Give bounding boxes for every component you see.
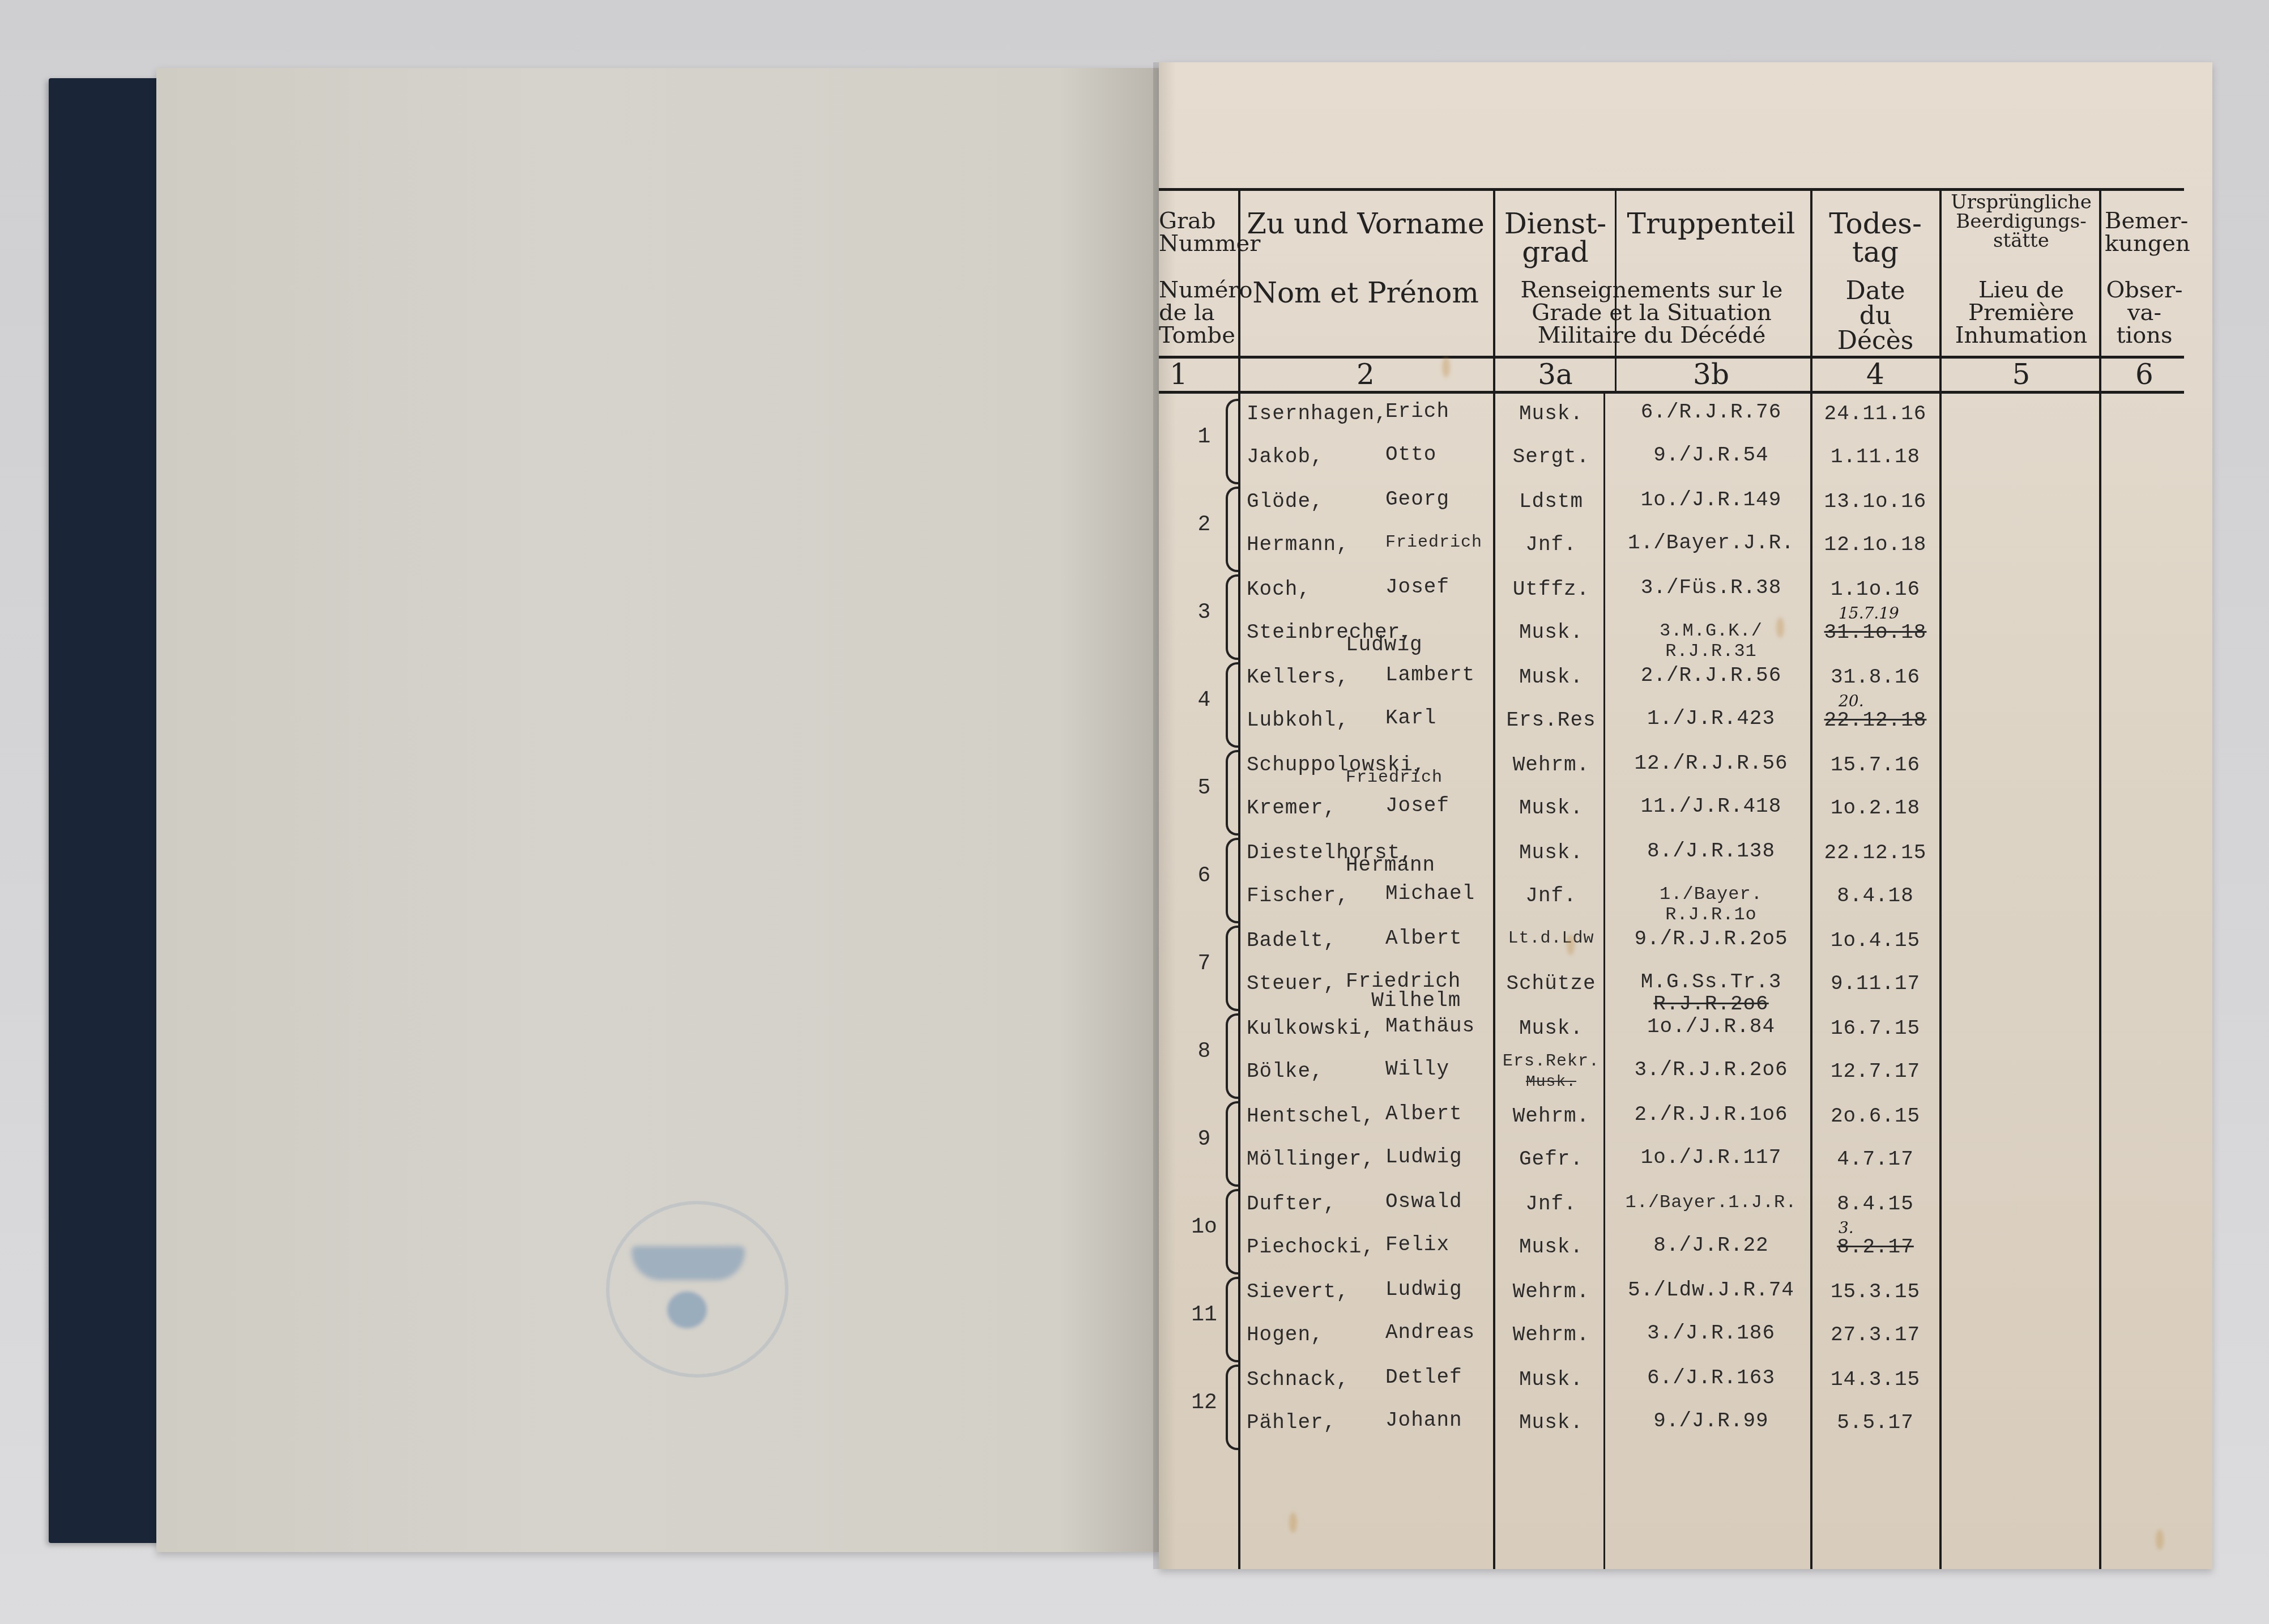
rank-cell: Musk. xyxy=(1499,841,1603,864)
unit-cell: 2./R.J.R.56 xyxy=(1612,666,1810,686)
grave-number: 12 xyxy=(1187,1391,1221,1415)
surname-cell: Kremer, xyxy=(1247,796,1336,820)
grave-brace xyxy=(1226,1277,1238,1362)
rank-cell: Musk. xyxy=(1499,621,1603,644)
unit-cell: 11./J.R.418 xyxy=(1612,796,1810,817)
surname-cell: Schnack, xyxy=(1247,1368,1349,1391)
death-date-cell: 15.7.16 xyxy=(1813,753,1938,777)
surname-cell: Lubkohl, xyxy=(1247,709,1349,732)
unit-cell: 1./Bayer.J.R. xyxy=(1612,533,1810,553)
death-date-cell: 8.4.18 xyxy=(1813,884,1938,907)
grave-brace xyxy=(1226,1189,1238,1275)
grave-number: 3 xyxy=(1187,600,1221,625)
death-date-cell: 22.12.15 xyxy=(1813,841,1938,864)
unit-cell: 6./R.J.R.76 xyxy=(1612,402,1810,423)
surname-cell: Möllinger, xyxy=(1247,1148,1375,1171)
grave-number: 1o xyxy=(1187,1215,1221,1239)
hdr-col5-de: Ursprüngliche Beerdigungs- stätte xyxy=(1943,193,2099,250)
firstname-cell: Ludwig xyxy=(1346,636,1423,655)
firstname-cell: Albert xyxy=(1385,929,1462,948)
unit-cell: 1./Bayer. R.J.R.1o xyxy=(1612,884,1810,925)
rank-cell: Lt.d.Ldw xyxy=(1499,929,1603,948)
rank-cell: Sergt. xyxy=(1499,445,1603,468)
unit-cell: 8./J.R.22 xyxy=(1612,1235,1810,1256)
firstname-cell: Karl xyxy=(1385,709,1436,728)
surname-cell: Sievert, xyxy=(1247,1280,1349,1303)
hdr-col3-fr: Renseignements sur le Grade et la Situat… xyxy=(1499,279,1805,347)
unit-cell: 9./J.R.54 xyxy=(1612,445,1810,466)
surname-cell: Bölke, xyxy=(1247,1060,1324,1083)
death-date-cell: 13.1o.16 xyxy=(1813,490,1938,513)
hdr-col6-fr: Obser- va- tions xyxy=(2105,279,2184,347)
grave-number: 8 xyxy=(1187,1039,1221,1064)
surname-cell: Glöde, xyxy=(1247,490,1324,513)
unit-cell: 3./J.R.186 xyxy=(1612,1323,1810,1344)
death-date-cell: 4.7.17 xyxy=(1813,1148,1938,1171)
rank-cell: Musk. xyxy=(1499,666,1603,689)
death-date-cell: 15.3.15 xyxy=(1813,1280,1938,1303)
firstname-cell: Friedrich Wilhelm xyxy=(1346,972,1461,1011)
unit-cell: 1o./J.R.84 xyxy=(1612,1017,1810,1037)
unit-struck-cell: R.J.R.2o6 xyxy=(1612,992,1810,1016)
grave-number: 1 xyxy=(1187,425,1221,449)
rank-cell: Musk. xyxy=(1499,1411,1603,1434)
death-date-cell: 12.7.17 xyxy=(1813,1060,1938,1083)
rank-cell: Musk. xyxy=(1499,1235,1603,1259)
surname-cell: Kulkowski, xyxy=(1247,1017,1375,1040)
unit-cell: 9./R.J.R.2o5 xyxy=(1612,929,1810,949)
death-date-cell: 1o.2.18 xyxy=(1813,796,1938,820)
unit-cell: 6./J.R.163 xyxy=(1612,1368,1810,1388)
surname-cell: Kellers, xyxy=(1247,666,1349,689)
rank-cell: Gefr. xyxy=(1499,1148,1603,1171)
unit-cell: 1./J.R.423 xyxy=(1612,709,1810,729)
colnum-4: 4 xyxy=(1816,358,1935,391)
death-date-cell: 9.11.17 xyxy=(1813,972,1938,995)
vrule-4 xyxy=(1939,188,1942,1569)
grave-number: 9 xyxy=(1187,1127,1221,1152)
rank-cell: Jnf. xyxy=(1499,884,1603,907)
rank-struck-cell: Musk. xyxy=(1499,1073,1603,1091)
grave-brace xyxy=(1226,926,1238,1011)
date-correction-handwritten: 3. xyxy=(1839,1218,1854,1237)
vrule-2 xyxy=(1493,188,1495,1569)
death-date-cell: 22.12.18 xyxy=(1813,709,1938,732)
death-date-cell: 16.7.15 xyxy=(1813,1017,1938,1040)
surname-cell: Hentschel, xyxy=(1247,1105,1375,1128)
rank-cell: Wehrm. xyxy=(1499,1323,1603,1346)
unit-cell: 12./R.J.R.56 xyxy=(1612,753,1810,774)
firstname-cell: Erich xyxy=(1385,402,1449,421)
death-date-cell: 1.11.18 xyxy=(1813,445,1938,468)
grave-brace xyxy=(1226,1365,1238,1450)
foxing-stain xyxy=(1776,617,1784,638)
grave-number: 4 xyxy=(1187,688,1221,713)
grave-number: 7 xyxy=(1187,952,1221,976)
firstname-cell: Hermann xyxy=(1346,856,1435,875)
grave-brace xyxy=(1226,487,1238,572)
firstname-cell: Willy xyxy=(1385,1060,1449,1079)
grave-number: 5 xyxy=(1187,776,1221,800)
hdr-col4-fr: Date du Décès xyxy=(1816,279,1935,353)
unit-cell: 3./R.J.R.2o6 xyxy=(1612,1060,1810,1080)
hdr-col4-de: Todes- tag xyxy=(1816,210,1935,266)
foxing-stain xyxy=(1442,357,1450,377)
rank-cell: Schütze xyxy=(1499,972,1603,995)
firstname-cell: Lambert xyxy=(1385,666,1475,685)
firstname-cell: Felix xyxy=(1385,1235,1449,1255)
unit-cell: M.G.Ss.Tr.3 xyxy=(1612,972,1810,992)
surname-cell: Koch, xyxy=(1247,578,1311,601)
vrule-5 xyxy=(2099,188,2101,1569)
colnum-5: 5 xyxy=(1943,358,2099,391)
rank-cell: Wehrm. xyxy=(1499,1280,1603,1303)
death-date-cell: 31.8.16 xyxy=(1813,666,1938,689)
death-date-cell: 1.1o.16 xyxy=(1813,578,1938,601)
stamp-wreath-icon xyxy=(667,1291,707,1328)
foxing-stain xyxy=(1289,1512,1297,1533)
rank-cell: Wehrm. xyxy=(1499,1105,1603,1128)
firstname-cell: Mathäus xyxy=(1385,1017,1475,1036)
rank-cell: Jnf. xyxy=(1499,533,1603,556)
surname-cell: Dufter, xyxy=(1247,1192,1336,1216)
death-date-cell: 8.2.17 xyxy=(1813,1235,1938,1259)
grave-brace xyxy=(1226,1013,1238,1099)
rank-cell: Wehrm. xyxy=(1499,753,1603,777)
hdr-col3b-de: Truppenteil xyxy=(1618,210,1805,238)
hdr-col2-de: Zu und Vorname xyxy=(1244,210,1487,238)
grave-brace xyxy=(1226,1101,1238,1187)
rank-cell: Ers.Rekr. xyxy=(1499,1052,1603,1071)
firstname-cell: Andreas xyxy=(1385,1323,1475,1342)
surname-cell: Pähler, xyxy=(1247,1411,1336,1434)
firstname-cell: Josef xyxy=(1385,578,1449,597)
vrule-3a-header xyxy=(1615,188,1617,392)
firstname-cell: Albert xyxy=(1385,1105,1462,1124)
firstname-cell: Georg xyxy=(1385,490,1449,509)
date-correction-handwritten: 15.7.19 xyxy=(1839,604,1899,623)
firstname-cell: Josef xyxy=(1385,796,1449,816)
surname-cell: Steuer, xyxy=(1247,972,1336,995)
firstname-cell: Detlef xyxy=(1385,1368,1462,1387)
unit-cell: 2./R.J.R.1o6 xyxy=(1612,1105,1810,1125)
unit-cell: 1o./J.R.117 xyxy=(1612,1148,1810,1168)
gutter-shadow xyxy=(1153,62,1176,1569)
vrule-1 xyxy=(1238,188,1240,1569)
unit-cell: 1o./J.R.149 xyxy=(1612,490,1810,510)
unit-cell: 3./Füs.R.38 xyxy=(1612,578,1810,598)
vrule-3a xyxy=(1603,391,1605,1569)
death-date-cell: 2o.6.15 xyxy=(1813,1105,1938,1128)
vrule-3b xyxy=(1810,188,1812,1569)
firstname-cell: Michael xyxy=(1385,884,1475,903)
stamp-ring xyxy=(606,1201,788,1378)
hdr-col5-fr: Lieu de Première Inhumation xyxy=(1943,279,2099,347)
hdr-col6-de: Bemer- kungen xyxy=(2105,210,2184,255)
rank-cell: Musk. xyxy=(1499,1368,1603,1391)
death-date-cell: 1o.4.15 xyxy=(1813,929,1938,952)
colnum-6: 6 xyxy=(2105,358,2184,391)
death-date-cell: 12.1o.18 xyxy=(1813,533,1938,556)
foxing-stain xyxy=(1567,935,1575,955)
colnum-3b: 3b xyxy=(1618,358,1805,391)
firstname-cell: Johann xyxy=(1385,1411,1462,1430)
rank-cell: Ldstm xyxy=(1499,490,1603,513)
right-page-register: Grab Nummer Numéro de la Tombe Zu und Vo… xyxy=(1159,62,2212,1569)
unit-cell: 5./Ldw.J.R.74 xyxy=(1612,1280,1810,1301)
surname-cell: Piechocki, xyxy=(1247,1235,1375,1259)
rank-cell: Jnf. xyxy=(1499,1192,1603,1216)
rank-cell: Musk. xyxy=(1499,402,1603,425)
firstname-cell: Ludwig xyxy=(1385,1148,1462,1167)
death-date-cell: 8.4.15 xyxy=(1813,1192,1938,1216)
death-date-cell: 31.1o.18 xyxy=(1813,621,1938,644)
rank-cell: Musk. xyxy=(1499,796,1603,820)
unit-cell: 1./Bayer.1.J.R. xyxy=(1612,1192,1810,1213)
death-date-cell: 27.3.17 xyxy=(1813,1323,1938,1346)
date-correction-handwritten: 20. xyxy=(1839,692,1864,710)
surname-cell: Badelt, xyxy=(1247,929,1336,952)
grave-brace xyxy=(1226,662,1238,748)
foxing-stain xyxy=(2156,1529,2164,1550)
hdr-col2-fr: Nom et Prénom xyxy=(1244,279,1487,307)
firstname-cell: Otto xyxy=(1385,445,1436,464)
firstname-cell: Friedrich xyxy=(1346,768,1443,787)
grave-number: 11 xyxy=(1187,1303,1221,1327)
colnum-3a: 3a xyxy=(1499,358,1612,391)
hdr-col3a-de: Dienst- grad xyxy=(1499,210,1612,266)
stamp-eagle-icon xyxy=(632,1246,745,1280)
rank-cell: Musk. xyxy=(1499,1017,1603,1040)
death-date-cell: 24.11.16 xyxy=(1813,402,1938,425)
surname-cell: Isernhagen, xyxy=(1247,402,1388,425)
unit-cell: 8./J.R.138 xyxy=(1612,841,1810,862)
grave-brace xyxy=(1226,574,1238,660)
firstname-cell: Oswald xyxy=(1385,1192,1462,1212)
grave-brace xyxy=(1226,399,1238,484)
surname-cell: Fischer, xyxy=(1247,884,1349,907)
rule-colnum-bottom xyxy=(1159,391,2184,394)
grave-brace xyxy=(1226,838,1238,923)
surname-cell: Hogen, xyxy=(1247,1323,1324,1346)
death-date-cell: 5.5.17 xyxy=(1813,1411,1938,1434)
surname-cell: Jakob, xyxy=(1247,445,1324,468)
firstname-cell: Ludwig xyxy=(1385,1280,1462,1299)
unit-cell: 9./J.R.99 xyxy=(1612,1411,1810,1431)
rank-cell: Ers.Res xyxy=(1499,709,1603,732)
colnum-2: 2 xyxy=(1244,358,1487,391)
grave-number: 2 xyxy=(1187,513,1221,537)
grave-number: 6 xyxy=(1187,864,1221,888)
rank-cell: Utffz. xyxy=(1499,578,1603,601)
death-date-cell: 14.3.15 xyxy=(1813,1368,1938,1391)
firstname-cell: Friedrich xyxy=(1385,533,1482,552)
grave-brace xyxy=(1226,750,1238,836)
surname-cell: Hermann, xyxy=(1247,533,1349,556)
